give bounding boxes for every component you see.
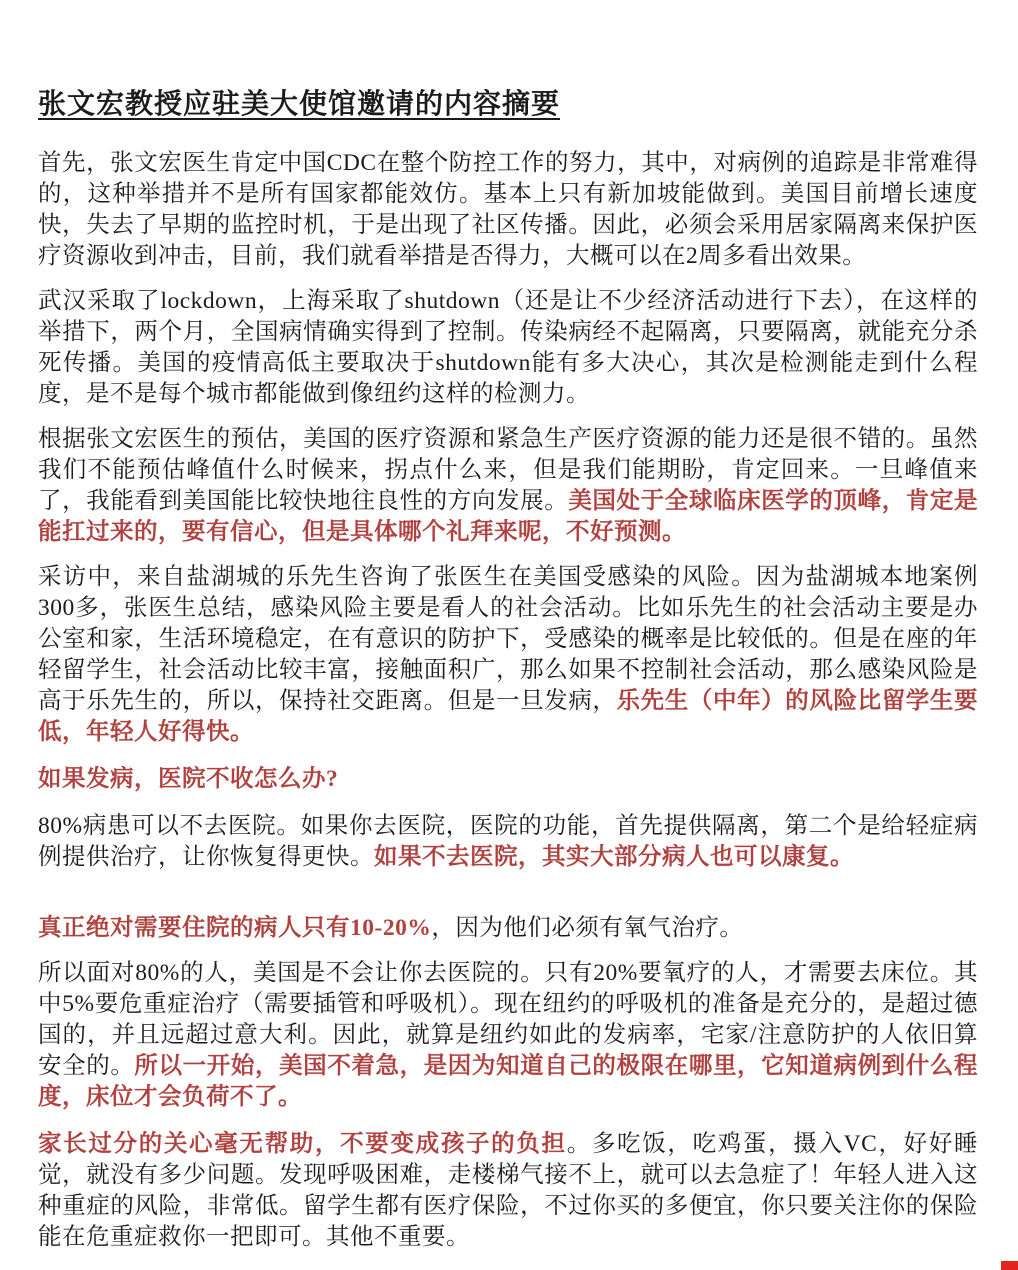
text-segment-black: 首先，张文宏医生肯定中国CDC在整个防控工作的努力，其中，对病例的追踪是非常难得… [38, 150, 978, 269]
text-segment-red: 所以一开始，美国不着急，是因为知道自己的极限在哪里，它知道病例到什么程度，床位才… [38, 1053, 978, 1110]
text-segment-red: 如果发病，医院不收怎么办? [38, 766, 338, 792]
text-segment-red: 如果不去医院，其实大部分病人也可以康复。 [374, 844, 854, 870]
text-segment-black: ，因为他们必须有氧气治疗。 [431, 915, 743, 941]
paragraph-salt-lake-city-risk: 采访中，来自盐湖城的乐先生咨询了张医生在美国受感染的风险。因为盐湖城本地案例30… [38, 562, 978, 748]
corner-red-mark [1001, 1261, 1018, 1270]
document-body: 首先，张文宏医生肯定中国CDC在整个防控工作的努力，其中，对病例的追踪是非常难得… [38, 148, 978, 1253]
document-page: 张文宏教授应驻美大使馆邀请的内容摘要 首先，张文宏医生肯定中国CDC在整个防控工… [0, 0, 1018, 1270]
paragraph-lockdown-shutdown: 武汉采取了lockdown，上海采取了shutdown（还是让不少经济活动进行下… [38, 286, 978, 410]
text-segment-black: 武汉采取了lockdown，上海采取了shutdown（还是让不少经济活动进行下… [38, 288, 978, 407]
paragraph-cdc-effort: 首先，张文宏医生肯定中国CDC在整个防控工作的努力，其中，对病例的追踪是非常难得… [38, 148, 978, 272]
text-segment-red: 真正绝对需要住院的病人只有10-20% [38, 915, 431, 941]
paragraph-advice-to-parents: 家长过分的关心毫无帮助，不要变成孩子的负担。多吃饭，吃鸡蛋，摄入VC，好好睡觉，… [38, 1129, 978, 1253]
document-title: 张文宏教授应驻美大使馆邀请的内容摘要 [38, 82, 978, 122]
paragraph-ventilators-capacity: 所以面对80%的人，美国是不会让你去医院的。只有20%要氧疗的人，才需要去床位。… [38, 958, 978, 1113]
paragraph-us-medical-capacity: 根据张文宏医生的预估，美国的医疗资源和紧急生产医疗资源的能力还是很不错的。虽然我… [38, 424, 978, 548]
heading-hospital-question: 如果发病，医院不收怎么办? [38, 764, 978, 795]
paragraph-hospitalization-rate: 真正绝对需要住院的病人只有10-20%，因为他们必须有氧气治疗。 [38, 913, 978, 944]
paragraph-80-percent-no-hospital: 80%病患可以不去医院。如果你去医院，医院的功能，首先提供隔离，第二个是给轻症病… [38, 811, 978, 873]
text-segment-red: 家长过分的关心毫无帮助，不要变成孩子的负担 [38, 1131, 567, 1157]
